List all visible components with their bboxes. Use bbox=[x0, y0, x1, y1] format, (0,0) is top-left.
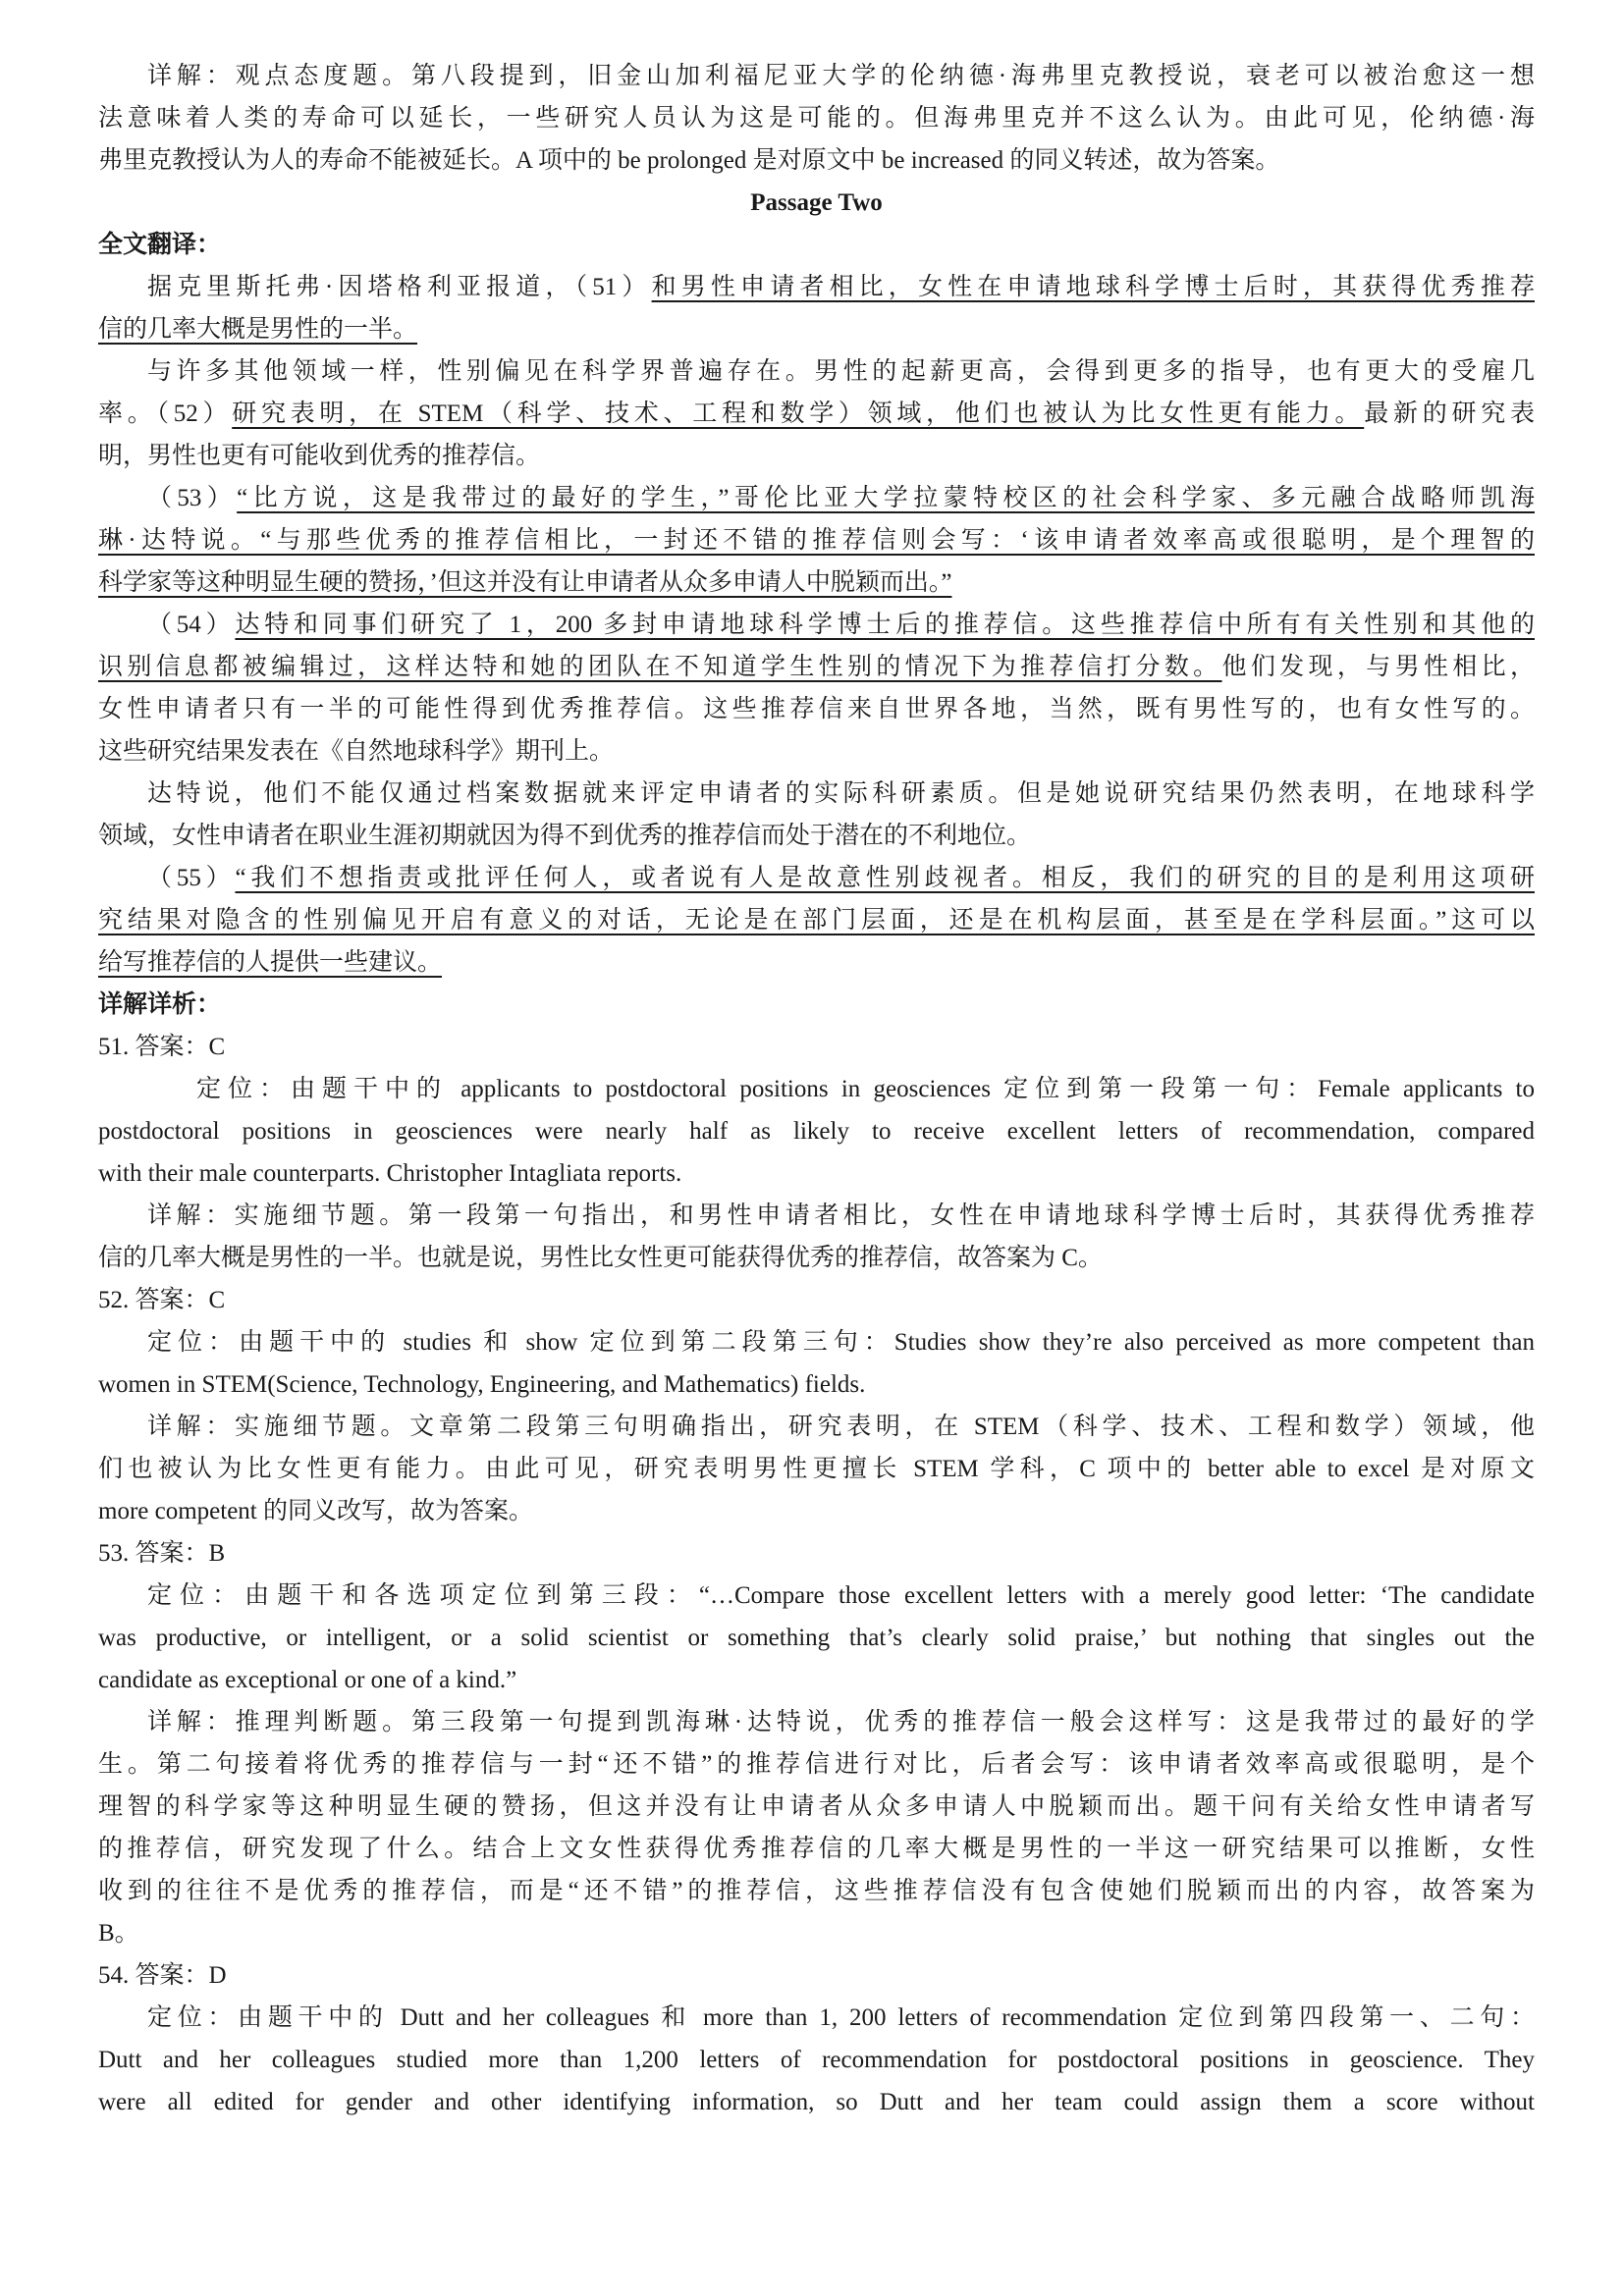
translation-p4: 女性申请者只有一半的可能性得到优秀推荐信。这些推荐信来自世界各地，当然，既有男性… bbox=[98, 695, 1535, 724]
answer-52: 52. 答案：C bbox=[98, 1286, 1535, 1315]
translation-p2: 明，男性也更有可能收到优秀的推荐信。 bbox=[98, 442, 1535, 471]
text: （55） bbox=[147, 865, 235, 891]
locate-53: 定位：由题干和各选项定位到第三段：“…Compare those excelle… bbox=[98, 1581, 1535, 1611]
locate-51: with their male counterparts. Christophe… bbox=[98, 1159, 1535, 1189]
explain-52: 们也被认为比女性更有能力。由此可见，研究表明男性更擅长 STEM 学科，C 项中… bbox=[98, 1455, 1535, 1484]
translation-p1: 据克里斯托弗·因塔格利亚报道，（51）和男性申请者相比，女性在申请地球科学博士后… bbox=[98, 273, 1535, 302]
text: （54） bbox=[147, 612, 235, 638]
translation-p3: （53）“比方说，这是我带过的最好的学生，”哥伦比亚大学拉蒙特校区的社会科学家、… bbox=[98, 484, 1535, 513]
answer-51: 51. 答案：C bbox=[98, 1033, 1535, 1062]
answer-53: 53. 答案：B bbox=[98, 1539, 1535, 1569]
locate-54: 定位：由题干中的 Dutt and her colleagues 和 more … bbox=[98, 2003, 1535, 2033]
explain-53: 的推荐信，研究发现了什么。结合上文女性获得优秀推荐信的几率大概是男性的一半这一研… bbox=[98, 1835, 1535, 1864]
underlined-sentence-54: 达特和同事们研究了 1，200 多封申请地球科学博士后的推荐信。这些推荐信中所有… bbox=[235, 612, 1535, 638]
text: 率。（52） bbox=[98, 400, 232, 427]
translation-p6: 究结果对隐含的性别偏见开启有意义的对话，无论是在部门层面，还是在机构层面，甚至是… bbox=[98, 906, 1535, 935]
translation-p2: 率。（52）研究表明，在 STEM（科学、技术、工程和数学）领域，他们也被认为比… bbox=[98, 400, 1535, 429]
translation-p3: 科学家等这种明显生硬的赞扬，’但这并没有让申请者从众多申请人中脱颖而出。” bbox=[98, 568, 1535, 598]
locate-54: Dutt and her colleagues studied more tha… bbox=[98, 2046, 1535, 2075]
locate-53: was productive, or intelligent, or a sol… bbox=[98, 1624, 1535, 1653]
locate-52: women in STEM(Science, Technology, Engin… bbox=[98, 1370, 1535, 1400]
answer-54: 54. 答案：D bbox=[98, 1961, 1535, 1991]
passage-title: Passage Two bbox=[98, 188, 1535, 218]
explain-52: 详解：实施细节题。文章第二段第三句明确指出，研究表明，在 STEM（科学、技术、… bbox=[98, 1413, 1535, 1442]
underlined-sentence-52: 研究表明，在 STEM（科学、技术、工程和数学）领域，他们也被认为比女性更有能力… bbox=[232, 400, 1364, 427]
explain-51: 详解：实施细节题。第一段第一句指出，和男性申请者相比，女性在申请地球科学博士后时… bbox=[98, 1201, 1535, 1231]
explain-52: more competent 的同义改写，故为答案。 bbox=[98, 1497, 1535, 1526]
translation-p1: 信的几率大概是男性的一半。 bbox=[98, 315, 1535, 345]
underlined-sentence-55: 给写推荐信的人提供一些建议。 bbox=[98, 949, 442, 976]
translation-p5: 达特说，他们不能仅通过档案数据就来评定申请者的实际科研素质。但是她说研究结果仍然… bbox=[98, 779, 1535, 809]
prev-explanation-line: 法意味着人类的寿命可以延长，一些研究人员认为这是可能的。但海弗里克并不这么认为。… bbox=[98, 104, 1535, 133]
underlined-sentence-55: “我们不想指责或批评任何人，或者说有人是故意性别歧视者。相反，我们的研究的目的是… bbox=[235, 865, 1535, 891]
text: 他们发现，与男性相比， bbox=[1222, 654, 1535, 680]
text: 据克里斯托弗·因塔格利亚报道，（51） bbox=[147, 274, 652, 300]
underlined-sentence-51: 和男性申请者相比，女性在申请地球科学博士后时，其获得优秀推荐 bbox=[652, 274, 1535, 300]
translation-p4: 这些研究结果发表在《自然地球科学》期刊上。 bbox=[98, 737, 1535, 767]
text: 最新的研究表 bbox=[1364, 400, 1535, 427]
translation-p4: 识别信息都被编辑过，这样达特和她的团队在不知道学生性别的情况下为推荐信打分数。他… bbox=[98, 653, 1535, 682]
translation-p6: 给写推荐信的人提供一些建议。 bbox=[98, 948, 1535, 978]
locate-51: postdoctoral positions in geosciences we… bbox=[98, 1117, 1535, 1147]
text: （53） bbox=[147, 485, 237, 511]
underlined-sentence-53: 琳·达特说。“与那些优秀的推荐信相比，一封还不错的推荐信则会写：‘该申请者效率高… bbox=[98, 527, 1535, 554]
locate-54: were all edited for gender and other ide… bbox=[98, 2088, 1535, 2117]
translation-heading: 全文翻译： bbox=[98, 231, 1535, 260]
underlined-sentence-53: 科学家等这种明显生硬的赞扬，’但这并没有让申请者从众多申请人中脱颖而出。” bbox=[98, 569, 951, 596]
prev-explanation-line: 弗里克教授认为人的寿命不能被延长。A 项中的 be prolonged 是对原文… bbox=[98, 146, 1535, 176]
explain-53: 理智的科学家等这种明显生硬的赞扬，但这并没有让申请者从众多申请人中脱颖而出。题干… bbox=[98, 1792, 1535, 1822]
translation-p2: 与许多其他领域一样，性别偏见在科学界普遍存在。男性的起薪更高，会得到更多的指导，… bbox=[98, 357, 1535, 387]
explain-53: 详解：推理判断题。第三段第一句提到凯海琳·达特说，优秀的推荐信一般会这样写：这是… bbox=[98, 1708, 1535, 1737]
locate-51: 定位：由题干中的 applicants to postdoctoral posi… bbox=[98, 1075, 1535, 1104]
locate-53: candidate as exceptional or one of a kin… bbox=[98, 1666, 1535, 1695]
prev-explanation-line: 详解：观点态度题。第八段提到，旧金山加利福尼亚大学的伦纳德·海弗里克教授说，衰老… bbox=[98, 62, 1535, 91]
locate-52: 定位：由题干中的 studies 和 show 定位到第二段第三句：Studie… bbox=[98, 1328, 1535, 1358]
underlined-sentence-51: 信的几率大概是男性的一半。 bbox=[98, 316, 417, 343]
analysis-heading: 详解详析： bbox=[98, 990, 1535, 1020]
explain-53: B。 bbox=[98, 1919, 1535, 1949]
translation-p5: 领域，女性申请者在职业生涯初期就因为得不到优秀的推荐信而处于潜在的不利地位。 bbox=[98, 822, 1535, 851]
translation-p6: （55）“我们不想指责或批评任何人，或者说有人是故意性别歧视者。相反，我们的研究… bbox=[98, 864, 1535, 893]
underlined-sentence-55: 究结果对隐含的性别偏见开启有意义的对话，无论是在部门层面，还是在机构层面，甚至是… bbox=[98, 907, 1535, 934]
translation-p3: 琳·达特说。“与那些优秀的推荐信相比，一封还不错的推荐信则会写：‘该申请者效率高… bbox=[98, 526, 1535, 556]
translation-p4: （54）达特和同事们研究了 1，200 多封申请地球科学博士后的推荐信。这些推荐… bbox=[98, 611, 1535, 640]
explain-53: 收到的往往不是优秀的推荐信，而是“还不错”的推荐信，这些推荐信没有包含使她们脱颖… bbox=[98, 1877, 1535, 1906]
underlined-sentence-54: 识别信息都被编辑过，这样达特和她的团队在不知道学生性别的情况下为推荐信打分数。 bbox=[98, 654, 1222, 680]
explain-51: 信的几率大概是男性的一半。也就是说，男性比女性更可能获得优秀的推荐信，故答案为 … bbox=[98, 1244, 1535, 1273]
underlined-sentence-53: “比方说，这是我带过的最好的学生，”哥伦比亚大学拉蒙特校区的社会科学家、多元融合… bbox=[237, 485, 1535, 511]
explain-53: 生。第二句接着将优秀的推荐信与一封“还不错”的推荐信进行对比，后者会写：该申请者… bbox=[98, 1750, 1535, 1780]
